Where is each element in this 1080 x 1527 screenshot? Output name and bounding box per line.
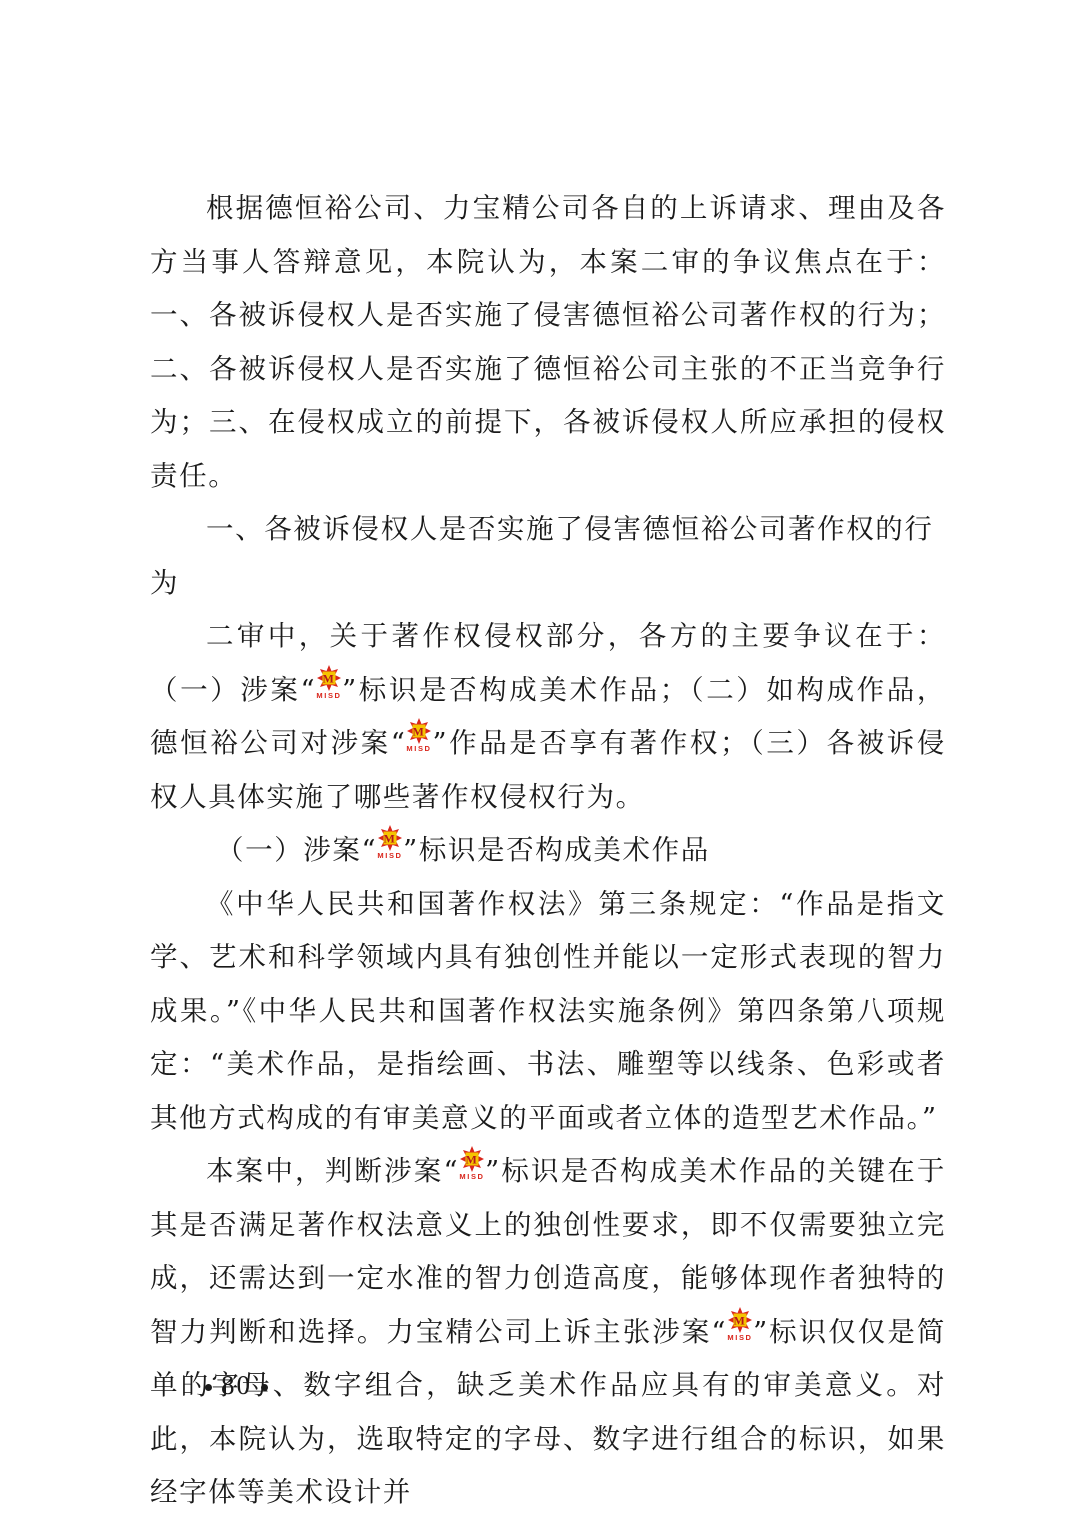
bullet-dot-icon (261, 1384, 268, 1391)
msd-star-logo-icon: MMISD (727, 1313, 753, 1345)
document-page: 根据德恒裕公司、力宝精公司各自的上诉请求、理由及各方当事人答辩意见，本院认为，本… (150, 182, 946, 1520)
heading-text: 一、各被诉侵权人是否实施了侵害德恒裕公司著作权的行为 (150, 513, 934, 599)
msd-star-logo-icon: MMISD (406, 724, 432, 756)
svg-text:MISD: MISD (317, 691, 342, 700)
msd-star-logo-icon: MMISD (459, 1152, 485, 1184)
section-heading-copyright: 一、各被诉侵权人是否实施了侵害德恒裕公司著作权的行为 (150, 503, 946, 610)
heading-text: ”标识是否构成美术作品 (403, 834, 710, 866)
svg-text:MISD: MISD (460, 1172, 485, 1181)
paragraph-text: 《中华人民共和国著作权法》第三条规定：“作品是指文学、艺术和科学领域内具有独创性… (150, 888, 946, 1134)
svg-text:M: M (734, 1313, 747, 1327)
svg-text:M: M (413, 725, 426, 739)
paragraph-law-citation: 《中华人民共和国著作权法》第三条规定：“作品是指文学、艺术和科学领域内具有独创性… (150, 878, 946, 1146)
paragraph-text: 本案中，判断涉案“ (206, 1155, 459, 1187)
subsection-heading-artwork: （一）涉案“MMISD”标识是否构成美术作品 (150, 824, 946, 878)
paragraph-originality-analysis: 本案中，判断涉案“MMISD”标识是否构成美术作品的关键在于其是否满足著作权法意… (150, 1145, 946, 1520)
svg-text:M: M (384, 832, 397, 846)
msd-star-logo-icon: MMISD (316, 671, 342, 703)
svg-text:MISD: MISD (407, 744, 432, 753)
msd-star-logo-icon: MMISD (377, 831, 403, 863)
paragraph-copyright-disputes: 二审中，关于著作权侵权部分，各方的主要争议在于：（一）涉案“MMISD”标识是否… (150, 610, 946, 824)
svg-text:MISD: MISD (727, 1333, 752, 1342)
heading-text: （一）涉案“ (216, 834, 377, 866)
svg-text:MISD: MISD (378, 851, 403, 860)
page-number: 80 (196, 1370, 277, 1401)
paragraph-dispute-focus: 根据德恒裕公司、力宝精公司各自的上诉请求、理由及各方当事人答辩意见，本院认为，本… (150, 182, 946, 503)
bullet-dot-icon (205, 1384, 212, 1391)
paragraph-text: 根据德恒裕公司、力宝精公司各自的上诉请求、理由及各方当事人答辩意见，本院认为，本… (150, 192, 946, 492)
svg-text:M: M (466, 1153, 479, 1167)
page-number-text: 80 (221, 1370, 252, 1400)
svg-text:M: M (323, 671, 336, 685)
